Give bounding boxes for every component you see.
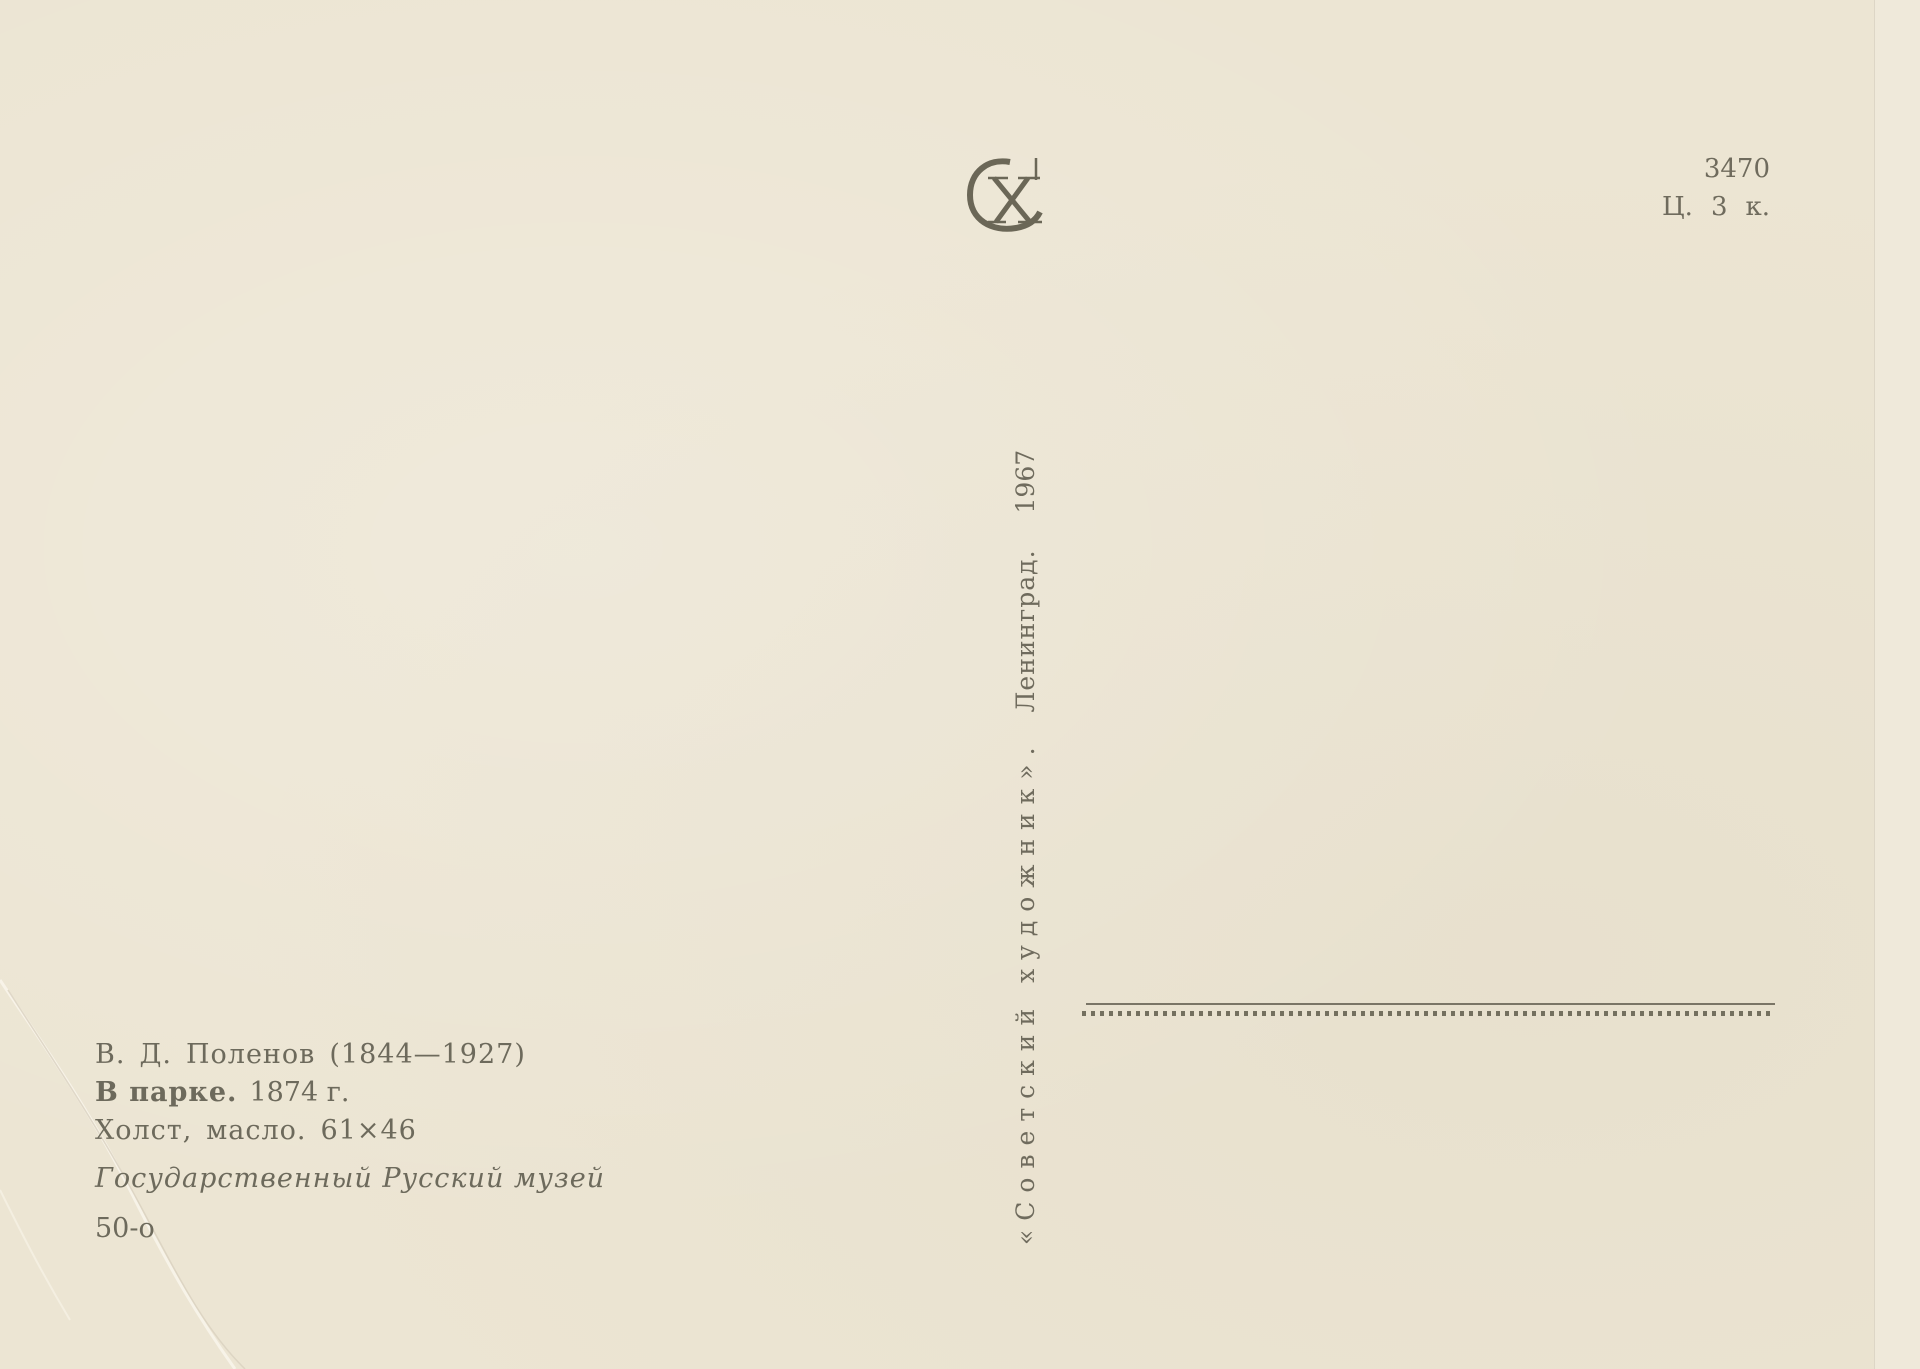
author-initial-first: В. — [95, 1039, 125, 1070]
catalog-number: 3470 — [1662, 150, 1770, 188]
price-prefix: Ц. — [1662, 188, 1693, 226]
medium-line: Холст,масло.61×46 — [95, 1112, 605, 1150]
publisher-name: «Советский художник». — [1011, 738, 1040, 1245]
author-initial-second: Д. — [139, 1039, 172, 1070]
price-unit: к. — [1745, 188, 1770, 226]
price-value: 3 — [1711, 188, 1728, 226]
publication-year: 1967 — [1011, 450, 1040, 514]
title-line: В парке.1874 г. — [95, 1074, 605, 1112]
card-edge — [1874, 0, 1920, 1369]
author-name: Поленов — [186, 1039, 315, 1070]
postcard-back: 3470 Ц.3к. «Советский художник».Ленингра… — [0, 0, 1920, 1369]
museum-name: Государственный Русский музей — [95, 1160, 605, 1198]
artwork-caption: В.Д.Поленов(1844—1927) В парке.1874 г. Х… — [95, 1036, 605, 1248]
author-line: В.Д.Поленов(1844—1927) — [95, 1036, 605, 1074]
artwork-title: В парке. — [95, 1077, 237, 1108]
address-line-dotted — [1082, 1011, 1775, 1016]
dimensions: 61×46 — [321, 1115, 417, 1146]
price-label: Ц.3к. — [1662, 188, 1770, 226]
publisher-imprint: «Советский художник».Ленинград.1967 — [1011, 450, 1040, 1245]
publisher-city: Ленинград. — [1011, 549, 1040, 712]
author-years: (1844—1927) — [329, 1039, 526, 1070]
medium-oil: масло. — [206, 1115, 306, 1146]
medium-canvas: Холст, — [95, 1115, 192, 1146]
sx-publisher-monogram-icon — [958, 150, 1058, 240]
address-line-solid — [1086, 1003, 1775, 1005]
artwork-year: 1874 г. — [249, 1077, 349, 1108]
print-code: 50-о — [95, 1210, 605, 1248]
address-lines — [1082, 1003, 1775, 1016]
catalog-and-price: 3470 Ц.3к. — [1662, 150, 1770, 226]
